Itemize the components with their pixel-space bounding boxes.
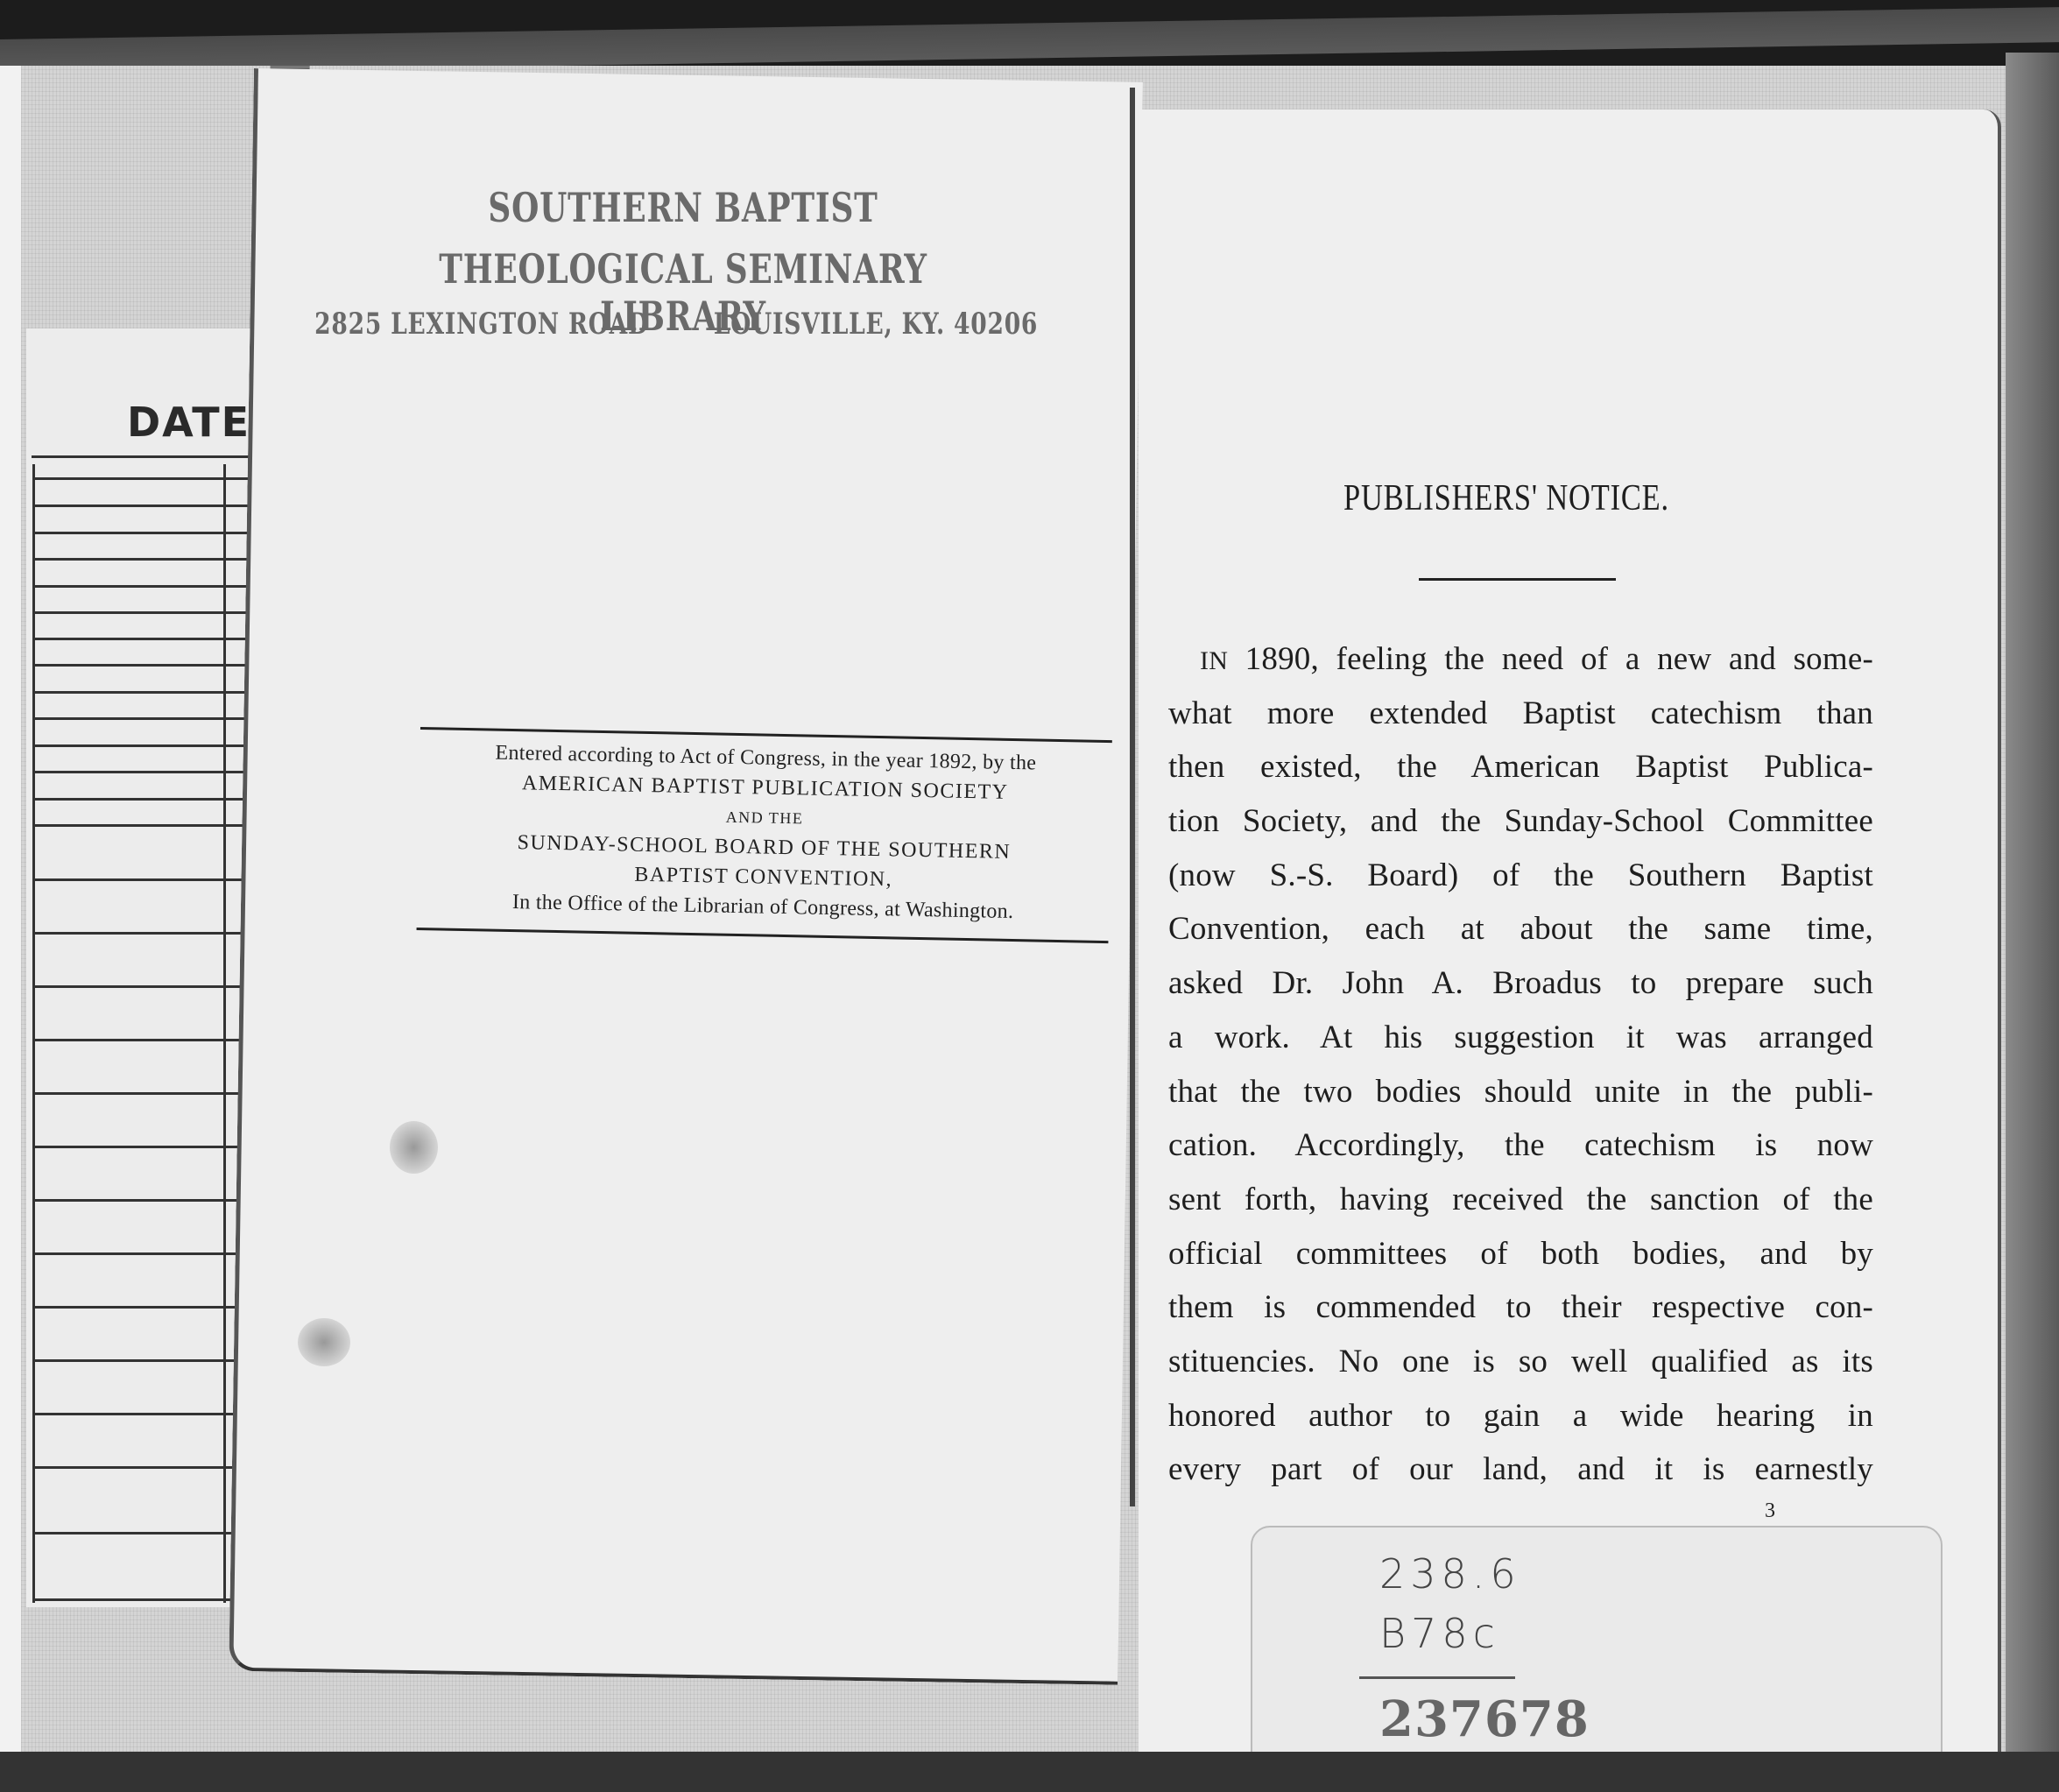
body-line: sent forth, having received the sanction…: [1168, 1173, 1873, 1227]
body-line: Convention, each at about the same time,: [1168, 902, 1873, 956]
body-line: official committees of both bodies, and …: [1168, 1227, 1873, 1281]
body-line: then existed, the American Baptist Publi…: [1168, 740, 1873, 794]
endpaper-left-strip: [0, 66, 21, 1752]
date-due-row: [32, 744, 258, 747]
body-line-text: 1890, feeling the need of a new and some…: [1228, 641, 1873, 677]
book-cover-top-edge: [0, 7, 2059, 74]
accession-number: 237678: [1379, 1690, 1590, 1748]
heading-rule: [1419, 578, 1616, 581]
date-due-row: [32, 878, 258, 881]
date-due-row: [32, 1252, 258, 1255]
library-stamp-city: LOUISVILLE, KY. 40206: [705, 307, 1047, 342]
date-due-row: [32, 1039, 258, 1041]
date-due-row: [32, 717, 258, 720]
body-line: In 1890, feeling the need of a new and s…: [1168, 632, 1873, 687]
body-line: them is commended to their respective co…: [1168, 1281, 1873, 1335]
date-due-header-rule: [32, 455, 259, 458]
call-number-cutter: B78c: [1379, 1610, 1500, 1657]
date-due-row: [32, 1306, 258, 1309]
date-due-row: [32, 798, 258, 801]
page-number: 3: [1765, 1499, 1775, 1523]
date-due-table: [32, 464, 260, 1603]
body-line: cation. Accordingly, the catechism is no…: [1168, 1118, 1873, 1173]
date-due-row: [32, 532, 258, 534]
date-due-row: [32, 664, 258, 667]
date-due-row: [32, 585, 258, 588]
date-due-row: [32, 611, 258, 614]
body-line: that the two bodies should unite in the …: [1168, 1065, 1873, 1119]
call-number-class: 238.6: [1379, 1550, 1521, 1598]
body-line: asked Dr. John A. Broadus to prepare suc…: [1168, 956, 1873, 1011]
date-due-row: [32, 1092, 258, 1095]
body-line: honored author to gain a wide hearing in: [1168, 1389, 1873, 1443]
date-due-row: [32, 1413, 258, 1415]
body-line: a work. At his suggestion it was arrange…: [1168, 1011, 1873, 1065]
date-due-row: [32, 1532, 258, 1534]
date-due-row: [32, 771, 258, 773]
date-due-row: [32, 1466, 258, 1469]
library-stamp-line1: SOUTHERN BAPTIST: [444, 184, 922, 231]
date-due-column-divider: [223, 464, 226, 1603]
date-due-row: [32, 504, 258, 507]
body-line: every part of our land, and it is earnes…: [1168, 1443, 1873, 1497]
body-line: stituencies. No one is so well qualified…: [1168, 1335, 1873, 1389]
drop-word: In: [1200, 646, 1228, 675]
book-cover-right-edge: [2006, 53, 2059, 1792]
date-due-row: [32, 1146, 258, 1148]
book-cover-bottom-edge: [0, 1752, 2059, 1792]
page-heading: PUBLISHERS' NOTICE.: [1341, 477, 1671, 519]
paper-smudge: [298, 1318, 350, 1366]
paper-smudge: [390, 1121, 438, 1174]
body-line: tion Society, and the Sunday-School Comm…: [1168, 794, 1873, 849]
label-rule: [1359, 1676, 1515, 1679]
date-due-row: [32, 558, 258, 561]
date-due-row: [32, 691, 258, 694]
date-due-row: [32, 985, 258, 988]
body-line: (now S.-S. Board) of the Southern Baptis…: [1168, 849, 1873, 903]
date-due-row: [32, 1199, 258, 1202]
date-due-row: [32, 1359, 258, 1362]
library-call-number-label: [1251, 1526, 1943, 1778]
copyright-notice: Entered according to Act of Congress, in…: [417, 727, 1112, 943]
page-gutter: [1130, 88, 1135, 1506]
publishers-notice-body: In 1890, feeling the need of a new and s…: [1168, 632, 1873, 1497]
date-due-row: [32, 932, 258, 935]
date-due-row: [32, 477, 258, 480]
date-due-row: [32, 638, 258, 640]
date-due-row: [32, 824, 258, 827]
library-stamp-address: 2825 LEXINGTON ROAD: [311, 307, 652, 342]
body-line: what more extended Baptist catechism tha…: [1168, 687, 1873, 741]
date-due-row: [32, 1598, 258, 1601]
